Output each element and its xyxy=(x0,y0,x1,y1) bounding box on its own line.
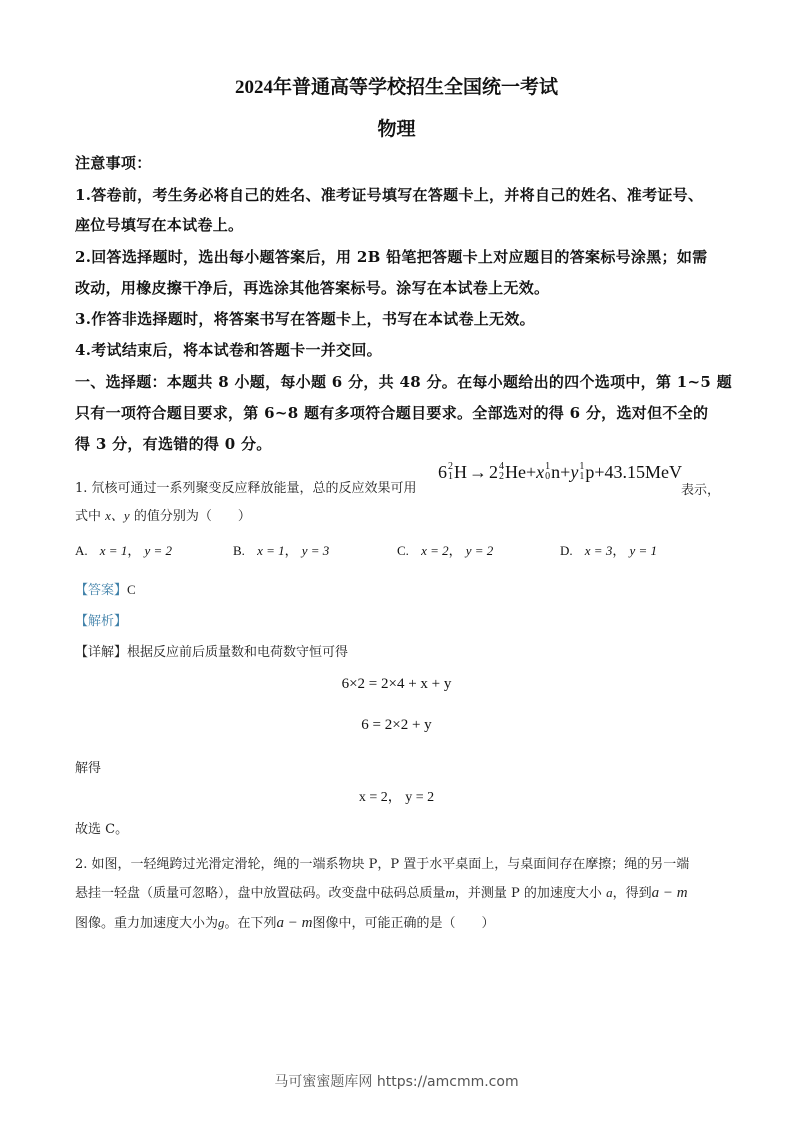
document-title: 2024年普通高等学校招生全国统一考试 xyxy=(0,72,793,99)
conclusion: 故选 C。 xyxy=(75,818,128,837)
footer-watermark: 马可蜜蜜题库网 https://amcmm.com xyxy=(0,1071,793,1091)
answer-value: C xyxy=(127,582,136,597)
section-instructions-line-2: 只有一项符合题目要求，第 6~8 题有多项符合题目要求。全部选对的得 6 分，选… xyxy=(75,402,708,423)
reaction-term-neutron: x 10 n xyxy=(536,462,560,483)
reaction-term-helium: 2 42 He xyxy=(489,462,526,483)
question-1-stem-end: 表示， xyxy=(681,479,720,498)
reaction-term-proton: y 11 p xyxy=(570,462,594,483)
option-d[interactable]: D. x = 3， y = 1 xyxy=(560,540,657,559)
notice-item-3: 3.作答非选择题时，将答案书写在答题卡上，书写在本试卷上无效。 xyxy=(75,308,535,329)
equation-mass-conservation: 6×2 = 2×4 + x + y xyxy=(0,676,793,693)
detail-line: 【详解】根据反应前后质量数和电荷数守恒可得 xyxy=(75,641,348,660)
question-1-stem-text: 1. 氘核可通过一系列聚变反应释放能量，总的反应效果可用 xyxy=(75,481,417,496)
option-b[interactable]: B. x = 1， y = 3 xyxy=(233,540,329,559)
answer-label: 【答案】 xyxy=(75,583,127,598)
detail-text: 根据反应前后质量数和电荷数守恒可得 xyxy=(127,645,348,660)
option-c[interactable]: C. x = 2， y = 2 xyxy=(397,540,493,559)
question-2-line-2: 悬挂一轻盘（质量可忽略），盘中放置砝码。改变盘中砝码总质量m，并测量 P 的加速… xyxy=(75,882,688,902)
section-instructions-line-1: 一、选择题：本题共 8 小题，每小题 6 分，共 48 分。在每小题给出的四个选… xyxy=(75,371,732,392)
notice-item-4: 4.考试结束后，将本试卷和答题卡一并交回。 xyxy=(75,339,382,360)
notice-item-2-cont: 改动，用橡皮擦干净后，再选涂其他答案标号。涂写在本试卷上无效。 xyxy=(75,277,549,298)
reaction-arrow: → xyxy=(469,462,487,483)
option-a[interactable]: A. x = 1， y = 2 xyxy=(75,540,172,559)
notice-item-1-cont: 座位号填写在本试卷上。 xyxy=(75,214,243,235)
question-2-line-1: 2. 如图，一轻绳跨过光滑定滑轮，绳的一端系物块 P，P 置于水平桌面上，与桌面… xyxy=(75,853,689,872)
section-instructions-line-3: 得 3 分，有选错的得 0 分。 xyxy=(75,433,272,454)
question-1-stem-line-2: 式中 x、y 的值分别为（ ） xyxy=(75,505,251,524)
reaction-energy: +43.15MeV xyxy=(594,462,682,483)
reaction-term-deuterium: 6 21 H xyxy=(438,462,467,483)
question-2-line-3: 图像。重力加速度大小为g。在下列a − m图像中，可能正确的是（ ） xyxy=(75,912,495,932)
detail-label: 【详解】 xyxy=(75,645,127,660)
equation-charge-conservation: 6 = 2×2 + y xyxy=(0,717,793,734)
notice-item-2: 2.回答选择题时，选出每小题答案后，用 2B 铅笔把答题卡上对应题目的答案标号涂… xyxy=(75,246,707,267)
solve-label: 解得 xyxy=(75,757,101,776)
notice-item-1: 1.答卷前，考生务必将自己的姓名、准考证号填写在答题卡上，并将自己的姓名、准考证… xyxy=(75,184,703,205)
plus-sign: + xyxy=(560,462,570,483)
notice-heading: 注意事项： xyxy=(75,152,152,173)
plus-sign: + xyxy=(526,462,536,483)
nuclear-reaction-equation: 6 21 H → 2 42 He + x 10 n + y 11 p +43.1… xyxy=(438,462,682,483)
subject-title: 物理 xyxy=(0,114,793,141)
question-1-stem: 1. 氘核可通过一系列聚变反应释放能量，总的反应效果可用 xyxy=(75,477,417,496)
analysis-label: 【解析】 xyxy=(75,610,127,629)
solution: x = 2， y = 2 xyxy=(0,786,793,806)
answer-line: 【答案】C xyxy=(75,579,136,598)
